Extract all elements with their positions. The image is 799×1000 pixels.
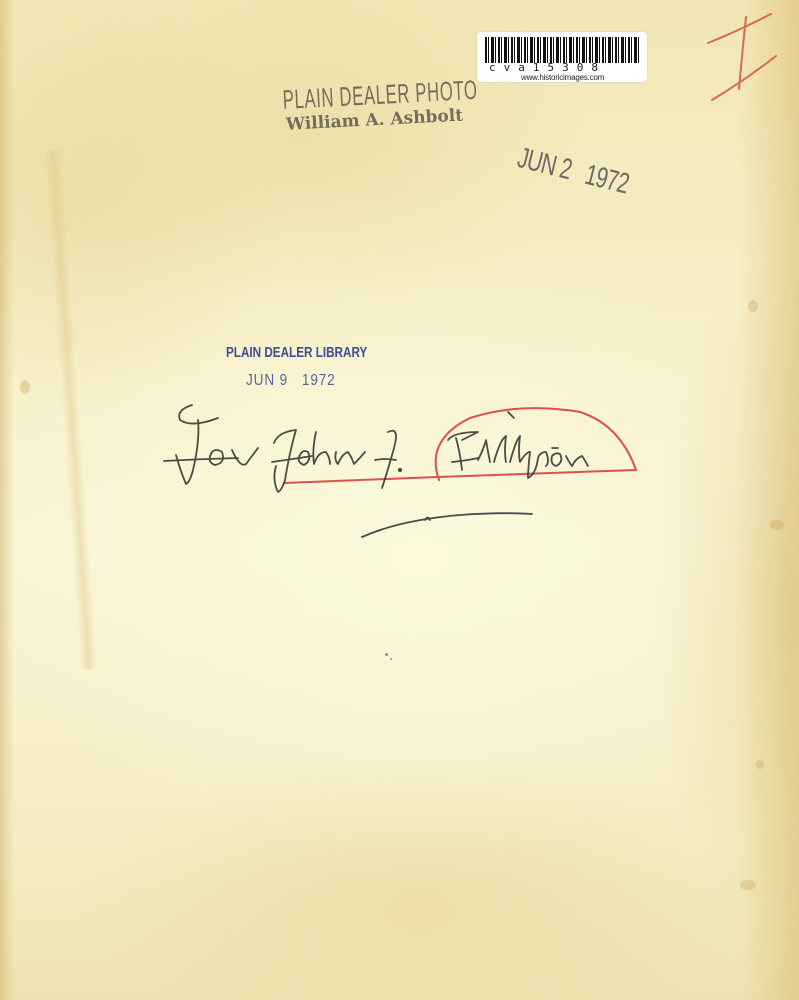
paper-edge-left: [0, 0, 14, 1000]
ink-speck: [390, 658, 392, 660]
barcode-icon: [485, 37, 639, 63]
ink-speck: [385, 653, 388, 656]
paper-edge-right: [739, 0, 799, 1000]
library-date: JUN 9 1972: [246, 372, 383, 390]
photo-back-paper: [0, 0, 799, 1000]
library-stamp: PLAIN DEALER LIBRARY JUN 9 1972: [226, 344, 407, 390]
age-stain: [748, 300, 758, 312]
age-stain: [740, 880, 756, 890]
age-stain: [770, 520, 784, 530]
age-stain: [756, 760, 764, 769]
age-stain: [20, 380, 30, 394]
library-name: PLAIN DEALER LIBRARY: [226, 344, 367, 362]
